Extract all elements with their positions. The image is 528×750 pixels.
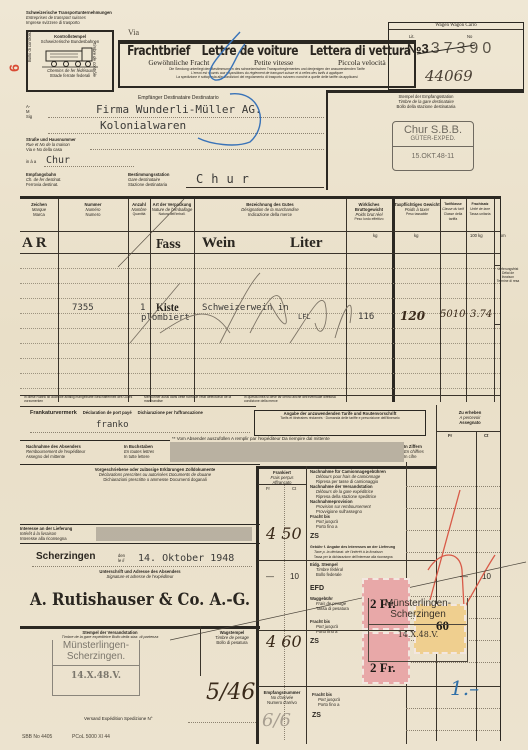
franking-label: Frankaturvermerk Déclaration de port pay…	[30, 410, 203, 416]
col-header-mark: Zeichen Marque Marca	[20, 202, 58, 217]
tariff-route-box: Angabe der anzuwendenden Tarife und Rout…	[254, 410, 426, 436]
destination-station-label: Bestimmungsstation Gare destinataire Sta…	[128, 172, 169, 187]
via-label: Via	[128, 28, 139, 37]
consignee-name-line2: Kolonialwaren	[100, 119, 186, 132]
arrival-zs: ZS	[312, 712, 321, 719]
printed-description: Wein	[202, 235, 235, 252]
dispatch-label: Versand Expédition Spedizione N°	[84, 716, 153, 721]
recv-stamp-label-it: Bollo della stazione destinataria	[328, 104, 524, 109]
col-header-description: Bezeichnung des Gutes Désignation de la …	[194, 202, 346, 217]
collect-label: Zu erheben A percevoir Assegnato	[440, 410, 500, 425]
recv-stamp-dept: GÜTER-EXPED.	[393, 136, 473, 147]
company-name-it: Imprese svizzere di trasporto	[26, 20, 136, 25]
prepaid-ct-label: Ct	[292, 486, 296, 491]
strikethrough-mark	[417, 43, 477, 55]
control-stamp-sub: Schweizerische Bundesbahnen	[28, 39, 112, 44]
recv-stamp-date: 15.OKT.48-11	[393, 153, 473, 160]
arrival-label: Empfangsnummer No d'arrivée Numero d'arr…	[258, 690, 306, 705]
unit-rate-100kg: 100 kg	[470, 233, 483, 238]
cod-label: Nachnahme des Absenders Remboursement de…	[26, 444, 85, 459]
company-header: Schweizerische Transportunternehmungen E…	[26, 10, 136, 25]
street-label: Straße und Hausnummer Rue et No de la ma…	[26, 137, 76, 152]
no-label: No	[467, 34, 472, 39]
wagon-box: Wagen Wagon Carro Lit. No №3 37390 44069	[388, 22, 524, 90]
charge-item: Nachnahme der Versandstation Débours de …	[310, 484, 406, 499]
unit-taxable-kg: kg	[414, 233, 418, 238]
divider	[30, 432, 250, 433]
charge-item-zs: ZS	[310, 533, 406, 540]
franking-value: franko	[96, 420, 129, 430]
form-number: SBB No 4405	[22, 734, 52, 740]
wagon-header: Wagen Wagon Carro	[389, 23, 523, 30]
col-header-gross-weight: Wirkliches Bruttogewicht Poids brut réel…	[346, 202, 392, 222]
footnote-de: In diese Rubrik ist auch die allfällig m…	[24, 396, 134, 404]
divider	[186, 187, 324, 188]
divider	[48, 133, 324, 134]
speed-it: Piccola velocità	[338, 58, 386, 67]
col-header-tariff-class: Tarifklasse Classe du tarif Classe della…	[440, 202, 466, 222]
dispatch-number-field	[188, 722, 258, 723]
cod-figures-label: In Ziffern En chiffres In cifre	[404, 444, 424, 459]
recv-stamp-station: Chur S.B.B.	[393, 124, 473, 136]
charge-item: Fracht bis Port jusqu'à Porto fino a	[310, 514, 406, 529]
prepaid-label: Frankiert Frais perçus Affrancato	[258, 470, 306, 485]
consignee-city: Chur	[46, 155, 70, 166]
control-side-left: Bollo di controllo	[27, 31, 32, 62]
goods-table: Zeichen Marque Marca Nummer Numéro Numer…	[20, 196, 500, 402]
col-header-taxable-weight: Taxpflichtiges Gewicht Poids à taxer Pes…	[394, 202, 440, 217]
interest-label: Interesse an der Lieferung Intérêt à la …	[20, 526, 72, 541]
wagon-handwritten: 44069	[425, 67, 473, 85]
margin-number: 6	[6, 64, 22, 72]
chur-receiving-stamp: Chur S.B.B. GÜTER-EXPED. 15.OKT.48-11	[392, 121, 474, 171]
cod-sender-fill-note: ** Vom Absender auszufüllen A remplir pa…	[172, 436, 330, 441]
printed-unit: Liter	[290, 235, 322, 252]
pencil-cross-line	[170, 560, 528, 650]
stamp-cancellation: Münsterlingen- Scherzingen 14.X.48.V.	[368, 598, 468, 662]
interest-field	[96, 527, 252, 541]
tariff-label-fr-it: Tarifs et itinéraires réclamés · Domanda…	[255, 416, 425, 421]
col-header-rate: Frachtsatz Unité de taxe Tassa unitaria	[466, 202, 494, 217]
charge-item: Gebühr f. Angabe des Interesses an der L…	[310, 545, 406, 560]
charge-item: Nachnahmeprovision Provision sur rembour…	[310, 499, 406, 514]
diagonal-pencil-line	[112, 199, 192, 269]
print-info: PCoL 5000 XI 44	[72, 734, 110, 740]
arrival-freight-label: Fracht bis Port jusqu'à Porto fino a	[312, 692, 340, 707]
control-stamp-box: Kontrollstempel Schweizerische Bundesbah…	[26, 30, 114, 92]
unit-gross-kg: kg	[373, 233, 377, 238]
locomotive-icon	[42, 46, 98, 68]
footnote-it: In questa linea si deve far cenno anche …	[244, 396, 344, 404]
collect-fr-label: Fr	[448, 433, 452, 438]
divider	[48, 117, 324, 118]
shipping-station-stamp: Münsterlingen- Scherzingen. 14.X.48.V.	[52, 640, 140, 696]
date-prefix: den le li	[118, 553, 125, 563]
destination-station: Chur	[196, 172, 257, 186]
city-field	[44, 166, 134, 167]
prepaid-fr-label: Fr	[266, 486, 270, 491]
freight-prepaid-amount: 4 50	[266, 524, 302, 543]
row-taxable-weight: 120	[400, 309, 425, 323]
weigh-handwritten: 5/46	[206, 680, 255, 705]
row-rate: 3.74	[470, 309, 492, 320]
control-stamp-it: Strade ferrate federali	[28, 73, 112, 78]
charge-item: Nachnahme für Camionnagegebühren Débours…	[310, 469, 406, 484]
row-number: 7355	[72, 303, 94, 313]
cod-words-label: In Buchstaben En toutes lettres In tutte…	[124, 444, 154, 459]
control-side-right: Timbre de contrôle	[92, 42, 97, 77]
arrival-number: 6/6	[262, 710, 291, 731]
collect-ct-label: Ct	[484, 433, 488, 438]
city-label: in à a	[26, 159, 36, 164]
signature-scribble	[120, 263, 380, 353]
sender-place: Scherzingen	[36, 551, 95, 562]
row-tariff-class: 5010	[440, 309, 465, 320]
footnote-fr: Mentionner aussi dans cette rubrique l'é…	[144, 396, 244, 404]
declarations-label: Vorgeschriebene oder zulässige Erklärung…	[60, 467, 250, 482]
printed-mark: A R	[22, 235, 47, 252]
blue-collect-mark: 1.–	[450, 676, 479, 700]
blue-handwritten-mark	[190, 24, 280, 154]
salutation-label: A- M Sig	[26, 104, 32, 119]
receiving-rail-label: Empfangsbahn Ch. de fer destinat. Ferrov…	[26, 172, 61, 187]
cod-amount-field	[170, 442, 404, 462]
title-de: Frachtbrief	[127, 44, 190, 59]
lit-label: Lit.	[409, 34, 415, 39]
